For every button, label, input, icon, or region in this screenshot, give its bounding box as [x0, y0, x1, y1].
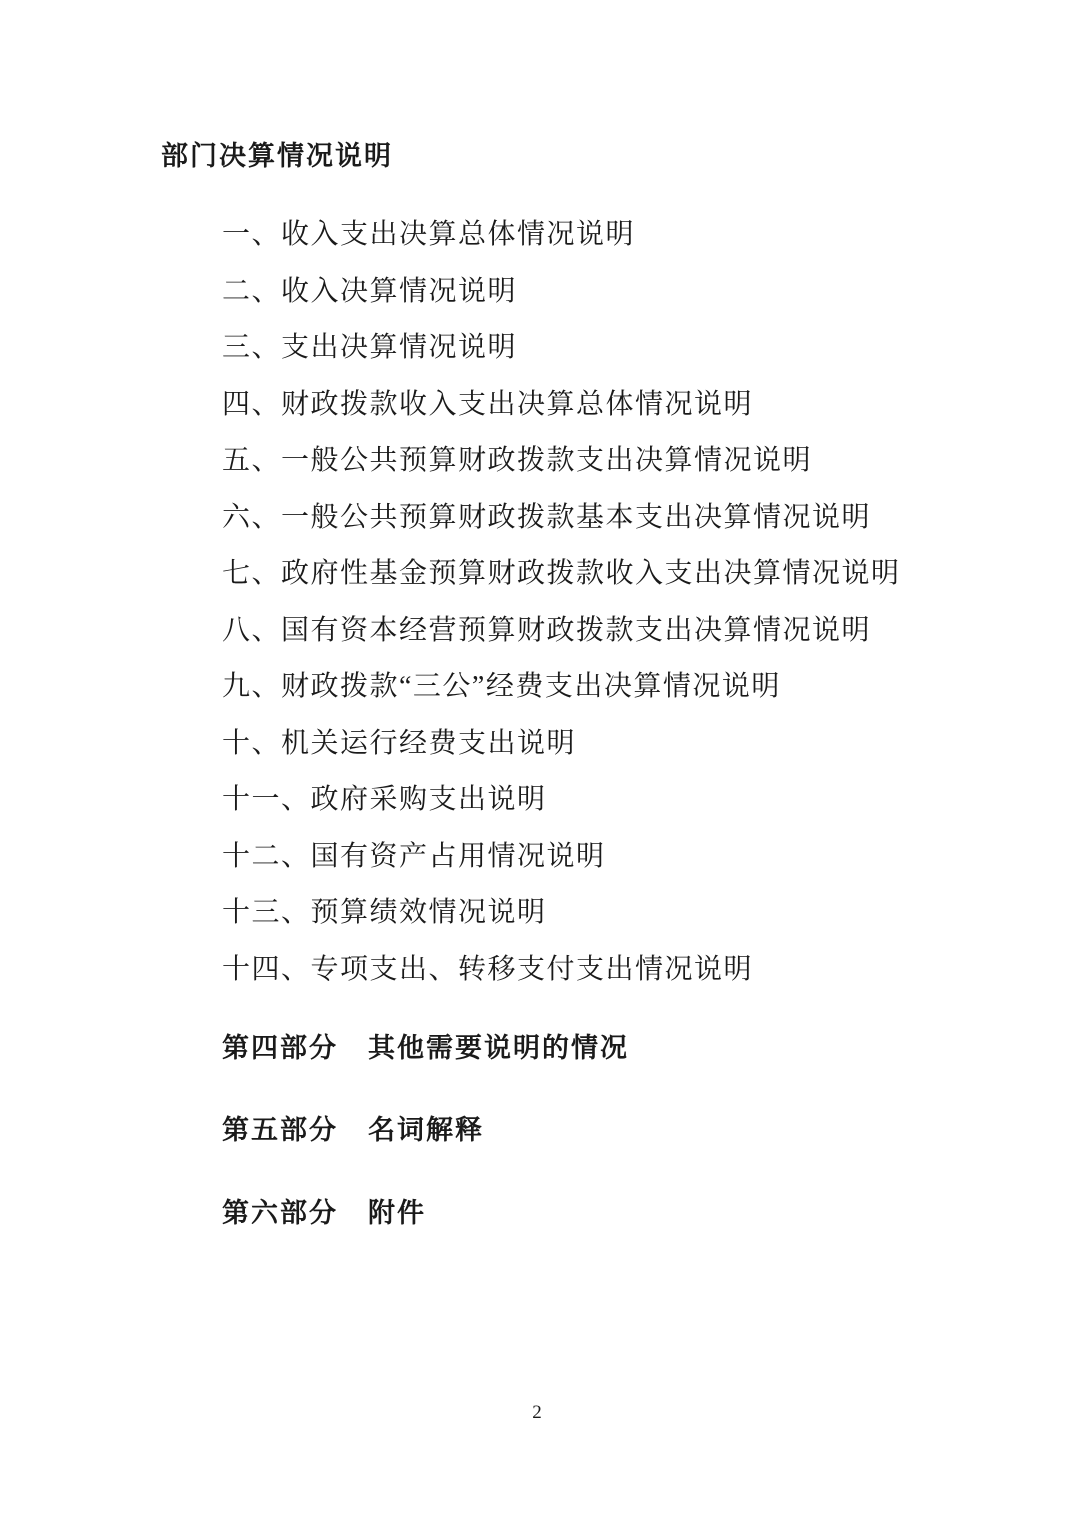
toc-item: 十、机关运行经费支出说明 [222, 727, 901, 784]
part-heading: 第四部分其他需要说明的情况 [222, 1032, 629, 1064]
toc-list: 一、收入支出决算总体情况说明 二、收入决算情况说明 三、支出决算情况说明 四、财… [222, 218, 901, 1009]
toc-item: 三、支出决算情况说明 [222, 331, 901, 388]
toc-item: 六、一般公共预算财政拨款基本支出决算情况说明 [222, 501, 901, 558]
toc-item: 七、政府性基金预算财政拨款收入支出决算情况说明 [222, 557, 901, 614]
part-heading: 第五部分名词解释 [222, 1114, 629, 1146]
toc-item: 十四、专项支出、转移支付支出情况说明 [222, 953, 901, 1010]
toc-item-text: 十二、国有资产占用情况说明 [222, 841, 606, 872]
toc-item: 十二、国有资产占用情况说明 [222, 840, 901, 897]
toc-item: 十一、政府采购支出说明 [222, 783, 901, 840]
toc-item: 二、收入决算情况说明 [222, 275, 901, 332]
toc-item-text: 九、财政拨款“三公”经费支出决算情况说明 [222, 671, 781, 702]
part-label: 第四部分 [222, 1033, 338, 1063]
toc-item-text: 十、机关运行经费支出说明 [222, 728, 576, 759]
part-title: 附件 [368, 1198, 426, 1228]
toc-item: 八、国有资本经营预算财政拨款支出决算情况说明 [222, 614, 901, 671]
toc-item-text: 八、国有资本经营预算财政拨款支出决算情况说明 [222, 615, 871, 646]
toc-item-text: 十一、政府采购支出说明 [222, 784, 547, 815]
part-label: 第六部分 [222, 1198, 338, 1228]
part-title: 名词解释 [368, 1115, 484, 1145]
toc-item-text: 一、收入支出决算总体情况说明 [222, 219, 635, 250]
toc-item-text: 五、一般公共预算财政拨款支出决算情况说明 [222, 445, 812, 476]
toc-item-text: 七、政府性基金预算财政拨款收入支出决算情况说明 [222, 558, 901, 589]
toc-item: 九、财政拨款“三公”经费支出决算情况说明 [222, 670, 901, 727]
part-label: 第五部分 [222, 1115, 338, 1145]
toc-item-text: 四、财政拨款收入支出决算总体情况说明 [222, 389, 753, 420]
toc-item: 四、财政拨款收入支出决算总体情况说明 [222, 388, 901, 445]
part-headings: 第四部分其他需要说明的情况 第五部分名词解释 第六部分附件 [222, 1032, 629, 1279]
toc-item-text: 六、一般公共预算财政拨款基本支出决算情况说明 [222, 502, 871, 533]
part-heading: 第六部分附件 [222, 1197, 629, 1229]
page-number: 2 [0, 1402, 1074, 1424]
toc-item-text: 二、收入决算情况说明 [222, 276, 517, 307]
toc-item: 十三、预算绩效情况说明 [222, 896, 901, 953]
page-title: 部门决算情况说明 [161, 140, 393, 172]
toc-item: 一、收入支出决算总体情况说明 [222, 218, 901, 275]
document-page: 部门决算情况说明 一、收入支出决算总体情况说明 二、收入决算情况说明 三、支出决… [0, 0, 1074, 1520]
toc-item-text: 三、支出决算情况说明 [222, 332, 517, 363]
toc-item: 五、一般公共预算财政拨款支出决算情况说明 [222, 444, 901, 501]
toc-item-text: 十四、专项支出、转移支付支出情况说明 [222, 954, 753, 985]
part-title: 其他需要说明的情况 [368, 1033, 629, 1063]
toc-item-text: 十三、预算绩效情况说明 [222, 897, 547, 928]
